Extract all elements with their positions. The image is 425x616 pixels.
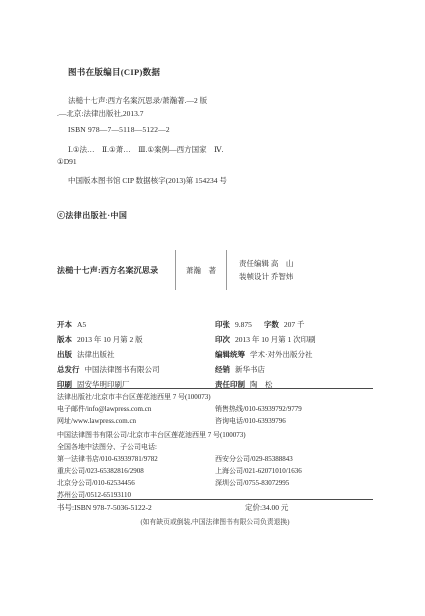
spec-distributor: 总发行中国法律图书有限公司	[57, 362, 215, 377]
cip-classification-code: ①D91	[57, 157, 373, 166]
spec-value: 中国法律图书有限公司	[85, 365, 160, 374]
title-band: 法槌十七声:西方名案沉思录 萧瀚 著 责任编辑 高 山 装帧设计 乔智炜	[57, 250, 373, 290]
cip-title-line: 法槌十七声:西方名案沉思录/萧瀚著.—2 版	[68, 95, 373, 106]
editors-block: 责任编辑 高 山 装帧设计 乔智炜	[227, 250, 373, 290]
print-specs: 开本A5 印张9.875字数207 千 版本2013 年 10 月第 2 版 印…	[57, 317, 373, 392]
company-branches-note: 全国各地中法图分、子公司电话:	[57, 441, 373, 453]
cip-publisher-line: .—北京:法律出版社,2013.7	[57, 108, 373, 119]
spec-label: 印次	[215, 335, 230, 344]
cip-classification-line: Ⅰ.①法… Ⅱ.①萧… Ⅲ.①案例—西方国家 Ⅳ.	[68, 144, 373, 155]
spec-label: 编辑统筹	[215, 350, 245, 359]
spec-sheets: 印张9.875字数207 千	[215, 317, 373, 332]
spec-format: 开本A5	[57, 317, 215, 332]
footer-line: 书号:ISBN 978-7-5036-5122-2 定价:34.00 元	[57, 502, 373, 513]
website-line: 网址/www.lawpress.com.cn	[57, 415, 215, 427]
cip-record-number: 中国版本图书馆 CIP 数据核字(2013)第 154234 号	[68, 175, 373, 186]
branch-row: 第一法律书店/010-63939781/9782 西安分公司/029-85388…	[57, 453, 373, 465]
copyright-line: ⓒ法律出版社·中国	[57, 210, 373, 221]
branch-phone: 上海公司/021-62071010/1636	[215, 465, 373, 477]
spec-printer: 印刷固安华明印刷厂	[57, 377, 215, 392]
book-number: 书号:ISBN 978-7-5036-5122-2	[57, 503, 152, 512]
contact-row: 电子邮件/info@lawpress.com.cn 销售热线/010-63939…	[57, 403, 373, 415]
divider-rule	[57, 499, 373, 500]
responsible-editor: 责任编辑 高 山	[239, 257, 373, 270]
spec-edition: 版本2013 年 10 月第 2 版	[57, 332, 215, 347]
spec-value: 207 千	[284, 320, 305, 329]
spec-value: 2013 年 10 月第 1 次印刷	[235, 335, 316, 344]
copyright-page: 图书在版编目(CIP)数据 法槌十七声:西方名案沉思录/萧瀚著.—2 版 .—北…	[0, 0, 425, 616]
email-line: 电子邮件/info@lawpress.com.cn	[57, 403, 215, 415]
branch-phone: 重庆公司/023-65382816/2908	[57, 465, 215, 477]
spec-value: 9.875	[235, 320, 252, 329]
inquiry-phone: 咨询电话/010-63939796	[215, 415, 373, 427]
branch-phone: 北京分公司/010-62534456	[57, 477, 215, 489]
spec-label: 印张	[215, 320, 230, 329]
spec-editorial: 编辑统筹学术·对外出版分社	[215, 347, 373, 362]
spec-label: 版本	[57, 335, 72, 344]
spec-value: 2013 年 10 月第 2 版	[77, 335, 143, 344]
contact-row: 网址/www.lawpress.com.cn 咨询电话/010-63939796	[57, 415, 373, 427]
sales-hotline: 销售热线/010-63939792/9779	[215, 403, 373, 415]
divider-rule	[57, 388, 373, 389]
spec-label: 字数	[264, 320, 279, 329]
branch-row: 重庆公司/023-65382816/2908 上海公司/021-62071010…	[57, 465, 373, 477]
branch-phone: 西安分公司/029-85388843	[215, 453, 373, 465]
branch-row: 北京分公司/010-62534456 深圳公司/0755-83072995	[57, 477, 373, 489]
spec-label: 总发行	[57, 365, 80, 374]
spec-value: 学术·对外出版分社	[250, 350, 313, 359]
cip-header: 图书在版编目(CIP)数据	[68, 66, 373, 78]
spec-value: 法律出版社	[77, 350, 115, 359]
spec-value: A5	[77, 320, 86, 329]
branch-phone: 深圳公司/0755-83072995	[215, 477, 373, 489]
publisher-address: 法律出版社/北京市丰台区莲花池西里 7 号(100073)	[57, 391, 373, 403]
return-policy-note: (如有缺页或倒装,中国法律图书有限公司负责退换)	[57, 516, 373, 526]
cip-isbn-line: ISBN 978—7—5118—5122—2	[68, 125, 373, 134]
book-title: 法槌十七声:西方名案沉思录	[57, 250, 175, 290]
spec-label: 经销	[215, 365, 230, 374]
company-address: 中国法律图书有限公司/北京市丰台区莲花池西里 7 号(100073)	[57, 429, 373, 441]
spec-value: 新华书店	[235, 365, 265, 374]
spec-label: 出版	[57, 350, 72, 359]
spec-label: 开本	[57, 320, 72, 329]
price: 定价:34.00 元	[245, 502, 288, 513]
spec-impression: 印次2013 年 10 月第 1 次印刷	[215, 332, 373, 347]
cover-designer: 装帧设计 乔智炜	[239, 270, 373, 283]
spec-publisher: 出版法律出版社	[57, 347, 215, 362]
branch-phone: 第一法律书店/010-63939781/9782	[57, 453, 215, 465]
spec-seller: 经销新华书店	[215, 362, 373, 377]
spec-print-supervisor: 责任印制陶 松	[215, 377, 373, 392]
author-name: 萧瀚 著	[175, 250, 227, 290]
